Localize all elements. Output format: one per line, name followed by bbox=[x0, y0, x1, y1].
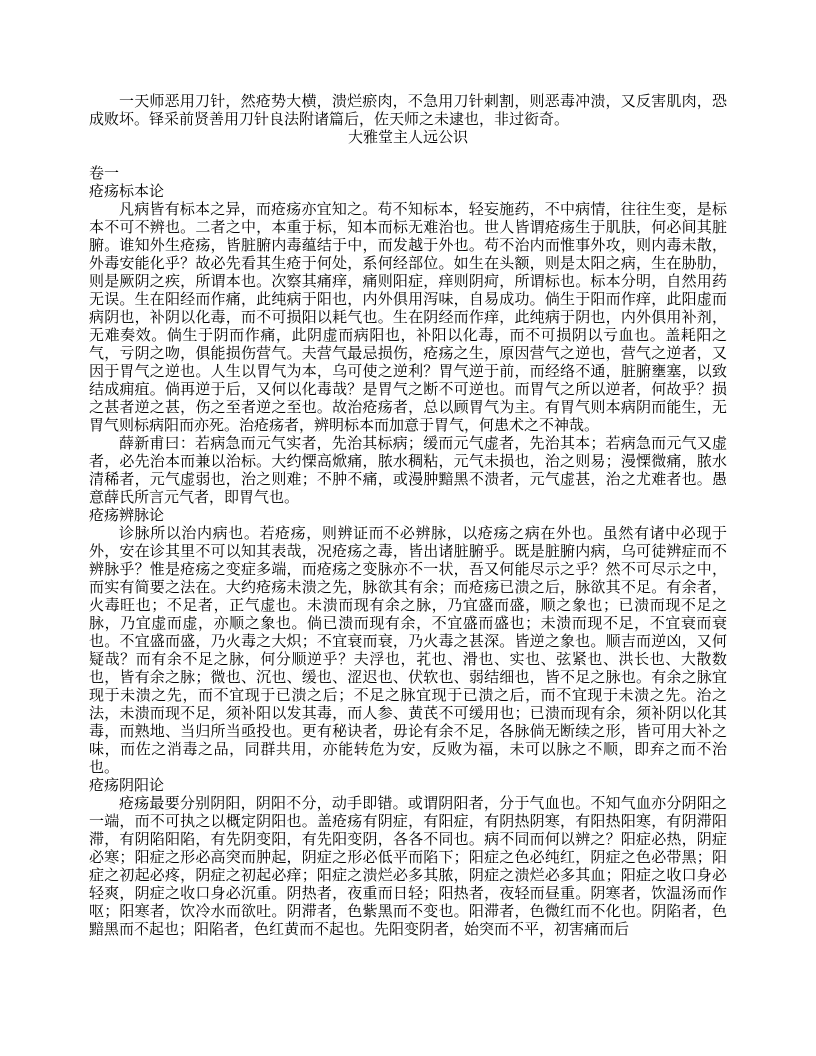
section-title-biaoben: 疮疡标本论 bbox=[89, 183, 727, 201]
front-matter-note: 一天师恶用刀针，然疮势大横，溃烂瘀肉，不急用刀针刺割，则恶毒冲溃，又反害肌肉，恐… bbox=[89, 93, 727, 129]
document-page: 一天师恶用刀针，然疮势大横，溃烂瘀肉，不急用刀针刺割，则恶毒冲溃，又反害肌肉，恐… bbox=[0, 0, 816, 1056]
section-biaoben-paragraph-2: 薛新甫曰：若病急而元气实者，先治其标病；缓而元气虚者，先治其本；若病急而元气又虚… bbox=[89, 435, 727, 507]
section-title-yinyang: 疮疡阴阳论 bbox=[89, 777, 727, 795]
signature-line: 大雅堂主人远公识 bbox=[89, 129, 727, 147]
section-yinyang-paragraph-1: 疮疡最要分别阴阳，阴阳不分，动手即错。或谓阴阳者，分于气血也。不知气血亦分阴阳之… bbox=[89, 795, 727, 939]
text-block: 一天师恶用刀针，然疮势大横，溃烂瘀肉，不急用刀针刺割，则恶毒冲溃，又反害肌肉，恐… bbox=[89, 93, 727, 939]
section-bianmai-paragraph-1: 诊脉所以治内病也。若疮疡，则辨证而不必辨脉，以疮疡之病在外也。虽然有诸中必现于外… bbox=[89, 525, 727, 777]
section-biaoben-paragraph-1: 凡病皆有标本之异，而疮疡亦宜知之。苟不知标本，轻妄施药，不中病情，往往生变，是标… bbox=[89, 201, 727, 435]
volume-heading: 卷一 bbox=[89, 165, 727, 183]
section-title-bianmai: 疮疡辨脉论 bbox=[89, 507, 727, 525]
